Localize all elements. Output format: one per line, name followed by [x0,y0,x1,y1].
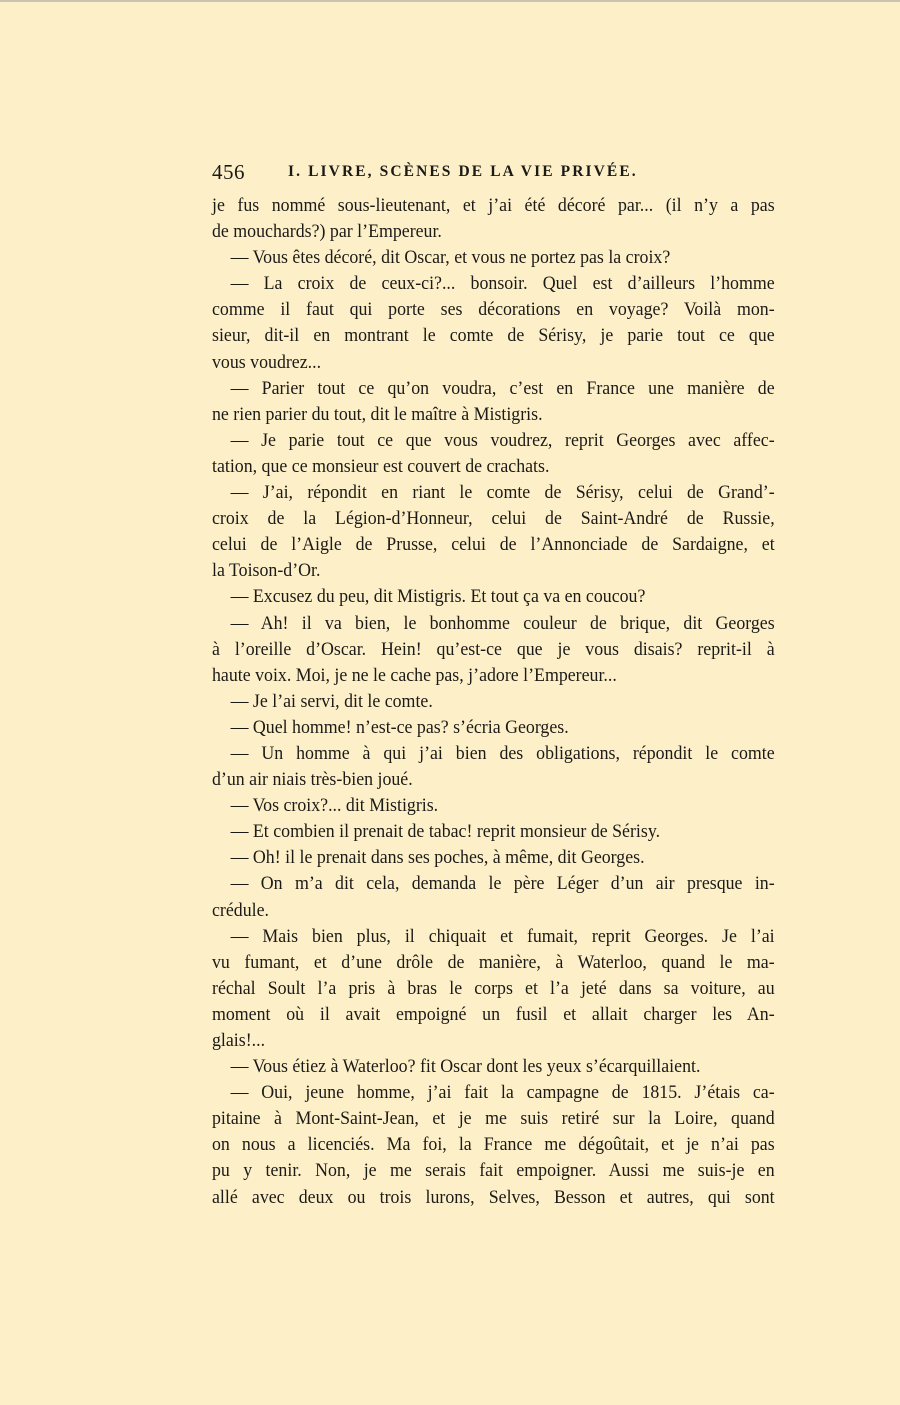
text-line: de mouchards?) par l’Empereur. [212,219,775,245]
body-text: je fus nommé sous-lieutenant, et j’ai ét… [212,193,736,1211]
text-line: moment où il avait empoigné un fusil et … [212,1002,775,1028]
text-line: — Ah! il va bien, le bonhomme couleur de… [212,611,775,637]
text-line: — Et combien il prenait de tabac! reprit… [212,819,775,845]
page-top-edge [0,0,900,2]
running-head: 456 I. LIVRE, SCÈNES DE LA VIE PRIVÉE. [212,160,767,186]
text-line: — La croix de ceux-ci?... bonsoir. Quel … [212,271,775,297]
text-line: sieur, dit-il en montrant le comte de Sé… [212,323,775,349]
text-line: — Je l’ai servi, dit le comte. [212,689,775,715]
book-page: 456 I. LIVRE, SCÈNES DE LA VIE PRIVÉE. j… [0,0,900,1405]
text-line: allé avec deux ou trois lurons, Selves, … [212,1185,775,1211]
text-line: à l’oreille d’Oscar. Hein! qu’est-ce que… [212,637,775,663]
text-line: — Oui, jeune homme, j’ai fait la campagn… [212,1080,775,1106]
text-line: — Je parie tout ce que vous voudrez, rep… [212,428,775,454]
text-line: on nous a licenciés. Ma foi, la France m… [212,1132,775,1158]
text-line: tation, que ce monsieur est couvert de c… [212,454,775,480]
text-line: celui de l’Aigle de Prusse, celui de l’A… [212,532,775,558]
text-line: pu y tenir. Non, je me serais fait empoi… [212,1158,775,1184]
text-line: ne rien parier du tout, dit le maître à … [212,402,775,428]
text-line: glais!... [212,1028,775,1054]
text-line: je fus nommé sous-lieutenant, et j’ai ét… [212,193,775,219]
text-line: — Vos croix?... dit Mistigris. [212,793,775,819]
page-number: 456 [212,160,245,185]
text-line: — Vous êtes décoré, dit Oscar, et vous n… [212,245,775,271]
text-line: crédule. [212,898,775,924]
text-line: — J’ai, répondit en riant le comte de Sé… [212,480,775,506]
text-line: — Excusez du peu, dit Mistigris. Et tout… [212,584,775,610]
text-line: pitaine à Mont-Saint-Jean, et je me suis… [212,1106,775,1132]
text-line: — Parier tout ce qu’on voudra, c’est en … [212,376,775,402]
text-line: croix de la Légion-d’Honneur, celui de S… [212,506,775,532]
running-title: I. LIVRE, SCÈNES DE LA VIE PRIVÉE. [288,163,638,181]
text-line: vu fumant, et d’une drôle de manière, à … [212,950,775,976]
text-line: — Quel homme! n’est-ce pas? s’écria Geor… [212,715,775,741]
text-line: — Oh! il le prenait dans ses poches, à m… [212,845,775,871]
text-line: d’un air niais très-bien joué. [212,767,775,793]
text-line: — Un homme à qui j’ai bien des obligatio… [212,741,775,767]
text-line: comme il faut qui porte ses décorations … [212,297,775,323]
text-line: — Mais bien plus, il chiquait et fumait,… [212,924,775,950]
text-line: haute voix. Moi, je ne le cache pas, j’a… [212,663,775,689]
text-line: — On m’a dit cela, demanda le père Léger… [212,871,775,897]
text-line: la Toison-d’Or. [212,558,775,584]
text-line: — Vous étiez à Waterloo? fit Oscar dont … [212,1054,775,1080]
text-line: réchal Soult l’a pris à bras le corps et… [212,976,775,1002]
text-line: vous voudrez... [212,350,775,376]
